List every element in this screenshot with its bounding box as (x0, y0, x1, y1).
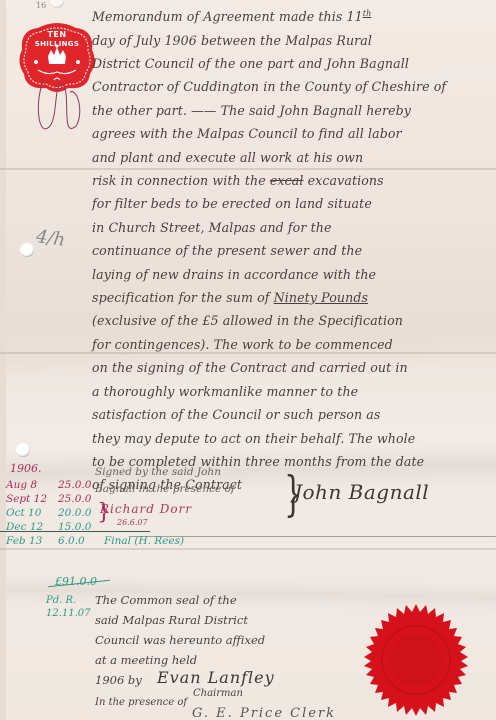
struck-word: excal (270, 173, 304, 188)
chairman-label: Chairman (193, 688, 243, 699)
chairman-signature: Evan Lanfley (157, 668, 275, 687)
contract-sum: Ninety Pounds (274, 290, 368, 305)
paper-edge (0, 0, 6, 720)
payment-ledger: Aug 8 25.0.0 Sept 12 25.0.0 Oct 10 20.0.… (6, 478, 184, 548)
stamp-value-line1: TEN (18, 30, 96, 39)
presence-label: In the presence of (95, 697, 187, 708)
body-line: a thoroughly workmanlike manner to the (92, 380, 492, 403)
body-line: for filter beds to be erected on land si… (92, 192, 492, 215)
body-line: continuance of the present sewer and the (92, 239, 492, 262)
wax-seal-icon (360, 604, 472, 716)
punch-hole (16, 443, 30, 457)
body-line: on the signing of the Contract and carri… (92, 356, 492, 379)
ledger-note: Final (H. Rees) (104, 534, 184, 548)
body-line: specification for the sum of Ninety Poun… (92, 286, 492, 309)
cancellation-mark-icon (32, 70, 92, 150)
body-line: risk in connection with the excal excava… (92, 169, 492, 192)
body-line: Memorandum of Agreement made this 11th (92, 2, 492, 29)
body-line: day of July 1906 between the Malpas Rura… (92, 29, 492, 52)
ledger-divider (0, 531, 150, 532)
body-line: laying of new drains in accordance with … (92, 263, 492, 286)
seal-line: The Common seal of the (95, 590, 325, 610)
inserted-word: excavations (308, 173, 384, 188)
body-line: satisfaction of the Council or such pers… (92, 403, 492, 426)
ordinal-suffix: th (363, 9, 372, 18)
ledger-row: Feb 13 6.0.0 Final (H. Rees) (6, 534, 184, 548)
ledger-brace-icon: } (97, 500, 111, 525)
ledger-row: Oct 10 20.0.0 (6, 506, 184, 520)
fold-line (0, 548, 496, 550)
body-line: Contractor of Cuddington in the County o… (92, 75, 492, 98)
body-line: (exclusive of the £5 allowed in the Spec… (92, 309, 492, 332)
body-line: the other part. —— The said John Bagnall… (92, 99, 492, 122)
clerk-signature: G. E. Price Clerk (192, 706, 336, 720)
agreement-body: Memorandum of Agreement made this 11th d… (92, 2, 492, 497)
margin-pencil-mark: 4/h (35, 226, 67, 251)
punch-hole (20, 243, 34, 257)
revenue-stamp: TEN SHILLINGS (18, 22, 96, 94)
body-line: they may depute to act on their behalf. … (92, 427, 492, 450)
seal-line: at a meeting held (95, 650, 325, 670)
ledger-total: £91.0.0 (55, 575, 97, 588)
body-line: agrees with the Malpas Council to find a… (92, 122, 492, 145)
contractor-signature: John Bagnall (294, 480, 429, 504)
body-line: and plant and execute all work at his ow… (92, 146, 492, 169)
corner-mark: 16 (36, 1, 46, 10)
body-line: District Council of the one part and Joh… (92, 52, 492, 75)
seal-line: said Malpas Rural District (95, 610, 325, 630)
ledger-row: Aug 8 25.0.0 (6, 478, 184, 492)
signature-flourish (130, 536, 496, 537)
body-line: in Church Street, Malpas and for the (92, 216, 492, 239)
body-line: for contingences). The work to be commen… (92, 333, 492, 356)
ledger-row: Sept 12 25.0.0 (6, 492, 184, 506)
ledger-year: 1906. (10, 462, 42, 475)
seal-line: Council was hereunto affixed (95, 630, 325, 650)
stamp-value-line2: SHILLINGS (18, 40, 96, 48)
ledger-total-note: Pd. R. 12.11.07 (46, 594, 91, 620)
